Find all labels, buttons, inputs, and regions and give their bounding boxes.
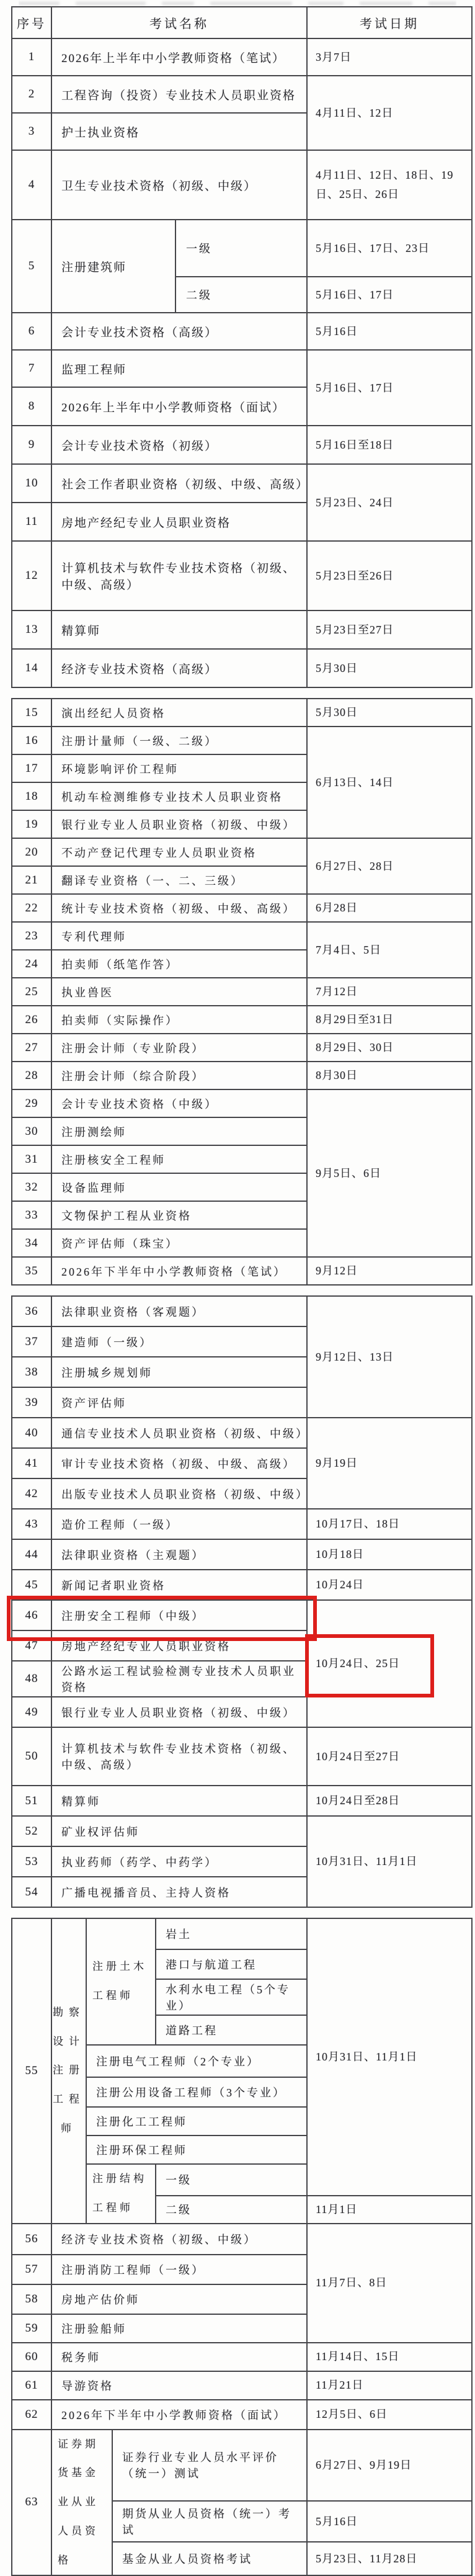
table-header-row: 序号 考试名称 考试日期 [12, 7, 472, 38]
table-row: 40 通信专业技术人员职业资格（初级、中级） 9月19日 [12, 1418, 472, 1448]
row-44-name: 法律职业资格（主观题） [51, 1539, 307, 1570]
row-23-name: 专利代理师 [51, 922, 307, 950]
exam-table-4: 55 勘察设计注册工程师 注册土木工程师 岩土 10月31日、11月1日 港口与… [11, 1918, 473, 2430]
row-48-name: 公路水运工程试验检测专业技术人员职业资格 [51, 1661, 307, 1697]
table-row: 9 会计专业技术资格（初级） 5月16日至18日 [12, 426, 472, 464]
table-row: 45 新闻记者职业资格 10月24日 [12, 1570, 472, 1600]
row-43-seq: 43 [12, 1509, 51, 1539]
row-30-seq: 30 [12, 1117, 51, 1145]
row-32-seq: 32 [12, 1173, 51, 1201]
row-25-date: 7月12日 [307, 978, 472, 1006]
row-12-name: 计算机技术与软件专业技术资格（初级、中级、高级） [51, 541, 307, 610]
row-35-date: 9月12日 [307, 1257, 472, 1285]
header-name: 考试名称 [51, 7, 307, 38]
date-46-49: 10月24日、25日 [307, 1600, 472, 1727]
row-30-name: 注册测绘师 [51, 1117, 307, 1145]
table-row: 7 监理工程师 5月16日、17日 [12, 350, 472, 387]
row-7-seq: 7 [12, 350, 51, 387]
row-58-seq: 58 [12, 2284, 51, 2314]
table-row: 35 2026年下半年中小学教师资格（笔试） 9月12日 [12, 1257, 472, 1285]
row-32-name: 设备监理师 [51, 1173, 307, 1201]
table-row: 29 会计专业技术资格（中级） 9月5日、6日 [12, 1089, 472, 1117]
row-14-name: 经济专业技术资格（高级） [51, 649, 307, 687]
row-11-name: 房地产经纪专业人员职业资格 [51, 503, 307, 541]
row-47-seq: 47 [12, 1630, 51, 1661]
row-59-seq: 59 [12, 2314, 51, 2343]
date-10-11: 5月23日、24日 [307, 464, 472, 541]
row-33-seq: 33 [12, 1201, 51, 1229]
row-45-name: 新闻记者职业资格 [51, 1570, 307, 1600]
row-50-name: 计算机技术与软件专业技术资格（初级、中级、高级） [51, 1727, 307, 1786]
row-14-date: 5月30日 [307, 649, 472, 687]
row-62-name: 2026年下半年中小学教师资格（面试） [51, 2400, 307, 2430]
row-57-name: 注册消防工程师（一级） [51, 2255, 307, 2284]
row-27-date: 8月29日、30日 [307, 1034, 472, 1062]
row-35-name: 2026年下半年中小学教师资格（笔试） [51, 1257, 307, 1285]
row-13-date: 5月23日至27日 [307, 610, 472, 649]
row-20-seq: 20 [12, 838, 51, 866]
row-40-name: 通信专业技术人员职业资格（初级、中级） [51, 1418, 307, 1448]
row-56-name: 经济专业技术资格（初级、中级） [51, 2224, 307, 2255]
exam-table-1: 序号 考试名称 考试日期 1 2026年上半年中小学教师资格（笔试） 3月7日 … [11, 6, 473, 688]
futures-exam-date: 5月16日 [307, 2501, 472, 2542]
civil-specialty-2: 港口与航道工程 [156, 1949, 307, 1979]
row-18-name: 机动车检测维修专业技术人员职业资格 [51, 782, 307, 810]
row-6-seq: 6 [12, 313, 51, 350]
table-row: 14 经济专业技术资格（高级） 5月30日 [12, 649, 472, 687]
fund-exam-name: 基金从业人员资格考试 [112, 2542, 307, 2575]
table-row: 63 证券期货基金业从业人员资格 证券行业专业人员水平评价（统一）测试 6月27… [12, 2430, 472, 2502]
row-13-name: 精算师 [51, 610, 307, 649]
row-39-seq: 39 [12, 1387, 51, 1418]
row-43-date: 10月17日、18日 [307, 1509, 472, 1539]
date-29-34: 9月5日、6日 [307, 1089, 472, 1257]
row-51-name: 精算师 [51, 1786, 307, 1816]
header-seq: 序号 [12, 7, 51, 38]
row-26-name: 拍卖师（实际操作） [51, 1006, 307, 1034]
row-28-name: 注册会计师（综合阶段） [51, 1062, 307, 1089]
date-2-3: 4月11日、12日 [307, 76, 472, 150]
table-row: 22 统计专业技术资格（初级、中级、高级） 6月28日 [12, 894, 472, 922]
table-row: 36 法律职业资格（客观题） 9月12日、13日 [12, 1296, 472, 1326]
chemical-engineer: 注册化工工程师 [86, 2107, 307, 2135]
row-44-date: 10月18日 [307, 1539, 472, 1570]
table-row: 62 2026年下半年中小学教师资格（面试） 12月5日、6日 [12, 2400, 472, 2430]
header-date: 考试日期 [307, 7, 472, 38]
row-5-name: 注册建筑师 [51, 220, 175, 313]
row-17-seq: 17 [12, 754, 51, 782]
table-row: 27 注册会计师（专业阶段） 8月29日、30日 [12, 1034, 472, 1062]
table-row: 52 矿业权评估师 10月31日、11月1日 [12, 1816, 472, 1846]
row-60-seq: 60 [12, 2343, 51, 2371]
date-7-8: 5月16日、17日 [307, 350, 472, 426]
row-47-name: 房地产经纪专业人员职业资格 [51, 1630, 307, 1661]
row-63-seq: 63 [12, 2430, 51, 2576]
table-row: 13 精算师 5月23日至27日 [12, 610, 472, 649]
row-41-name: 审计专业技术资格（初级、中级、高级） [51, 1448, 307, 1478]
row-29-seq: 29 [12, 1089, 51, 1117]
structural-engineer-label: 注册结构工程师 [86, 2164, 156, 2224]
row-29-name: 会计专业技术资格（中级） [51, 1089, 307, 1117]
row-19-seq: 19 [12, 810, 51, 838]
date-structural-level-2: 11月1日 [307, 2196, 472, 2224]
exam-table-5: 63 证券期货基金业从业人员资格 证券行业专业人员水平评价（统一）测试 6月27… [11, 2429, 473, 2576]
row-26-date: 8月29日至31日 [307, 1006, 472, 1034]
row-25-name: 执业兽医 [51, 978, 307, 1006]
row-46-seq: 46 [12, 1600, 51, 1630]
row-52-name: 矿业权评估师 [51, 1816, 307, 1846]
table-row: 1 2026年上半年中小学教师资格（笔试） 3月7日 [12, 38, 472, 76]
table-row: 26 拍卖师（实际操作） 8月29日至31日 [12, 1006, 472, 1034]
table-row: 4 卫生专业技术资格（初级、中级） 4月11日、12日、18日、19日、25日、… [12, 150, 472, 220]
exam-table-2: 15 演出经纪人员资格 5月30日 16 注册计量师（一级、二级） 6月13日、… [11, 698, 473, 1286]
row-24-name: 拍卖师（纸笔作答） [51, 950, 307, 978]
table-row: 16 注册计量师（一级、二级） 6月13日、14日 [12, 727, 472, 754]
structural-level-1: 一级 [156, 2164, 307, 2196]
row-1-date: 3月7日 [307, 38, 472, 76]
row-53-name: 执业药师（药学、中药学） [51, 1846, 307, 1877]
civil-specialty-3: 水利水电工程（5个专业） [156, 1979, 307, 2015]
table-row: 55 勘察设计注册工程师 注册土木工程师 岩土 10月31日、11月1日 [12, 1918, 472, 1949]
row-43-name: 造价工程师（一级） [51, 1509, 307, 1539]
row-28-seq: 28 [12, 1062, 51, 1089]
row-60-date: 11月14日、15日 [307, 2343, 472, 2371]
row-27-name: 注册会计师（专业阶段） [51, 1034, 307, 1062]
row-2-name: 工程咨询（投资）专业技术人员职业资格 [51, 76, 307, 113]
date-55-main: 10月31日、11月1日 [307, 1918, 472, 2196]
row-37-seq: 37 [12, 1326, 51, 1357]
civil-specialty-4: 道路工程 [156, 2015, 307, 2045]
table-row: 20 不动产登记代理专业人员职业资格 6月27日、28日 [12, 838, 472, 866]
row-55-group-label: 勘察设计注册工程师 [51, 1918, 86, 2224]
environmental-engineer: 注册环保工程师 [86, 2135, 307, 2164]
row-51-seq: 51 [12, 1786, 51, 1816]
table-row: 12 计算机技术与软件专业技术资格（初级、中级、高级） 5月23日至26日 [12, 541, 472, 610]
row-53-seq: 53 [12, 1846, 51, 1877]
row-35-seq: 35 [12, 1257, 51, 1285]
row-2-seq: 2 [12, 76, 51, 113]
row-26-seq: 26 [12, 1006, 51, 1034]
row-40-seq: 40 [12, 1418, 51, 1448]
date-16-19: 6月13日、14日 [307, 727, 472, 838]
row-17-name: 环境影响评价工程师 [51, 754, 307, 782]
row-20-name: 不动产登记代理专业人员职业资格 [51, 838, 307, 866]
row-9-date: 5月16日至18日 [307, 426, 472, 464]
row-4-seq: 4 [12, 150, 51, 220]
row-25-seq: 25 [12, 978, 51, 1006]
row-46-name: 注册安全工程师（中级） [51, 1600, 307, 1630]
row-10-seq: 10 [12, 464, 51, 503]
row-12-date: 5月23日至26日 [307, 541, 472, 610]
row-1-name: 2026年上半年中小学教师资格（笔试） [51, 38, 307, 76]
table-row: 15 演出经纪人员资格 5月30日 [12, 699, 472, 727]
securities-test-name: 证券行业专业人员水平评价（统一）测试 [112, 2430, 307, 2502]
date-23-24: 7月4日、5日 [307, 922, 472, 978]
public-equipment-engineer: 注册公用设备工程师（3个专业） [86, 2077, 307, 2107]
row-45-date: 10月24日 [307, 1570, 472, 1600]
table-row: 61 导游资格 11月21日 [12, 2371, 472, 2400]
row-5-level-2: 二级 [175, 277, 307, 313]
table-row: 56 经济专业技术资格（初级、中级） 11月7日、8日 [12, 2224, 472, 2255]
date-56-59: 11月7日、8日 [307, 2224, 472, 2343]
row-11-seq: 11 [12, 503, 51, 541]
row-31-seq: 31 [12, 1145, 51, 1173]
row-36-name: 法律职业资格（客观题） [51, 1296, 307, 1326]
row-62-date: 12月5日、6日 [307, 2400, 472, 2430]
row-9-seq: 9 [12, 426, 51, 464]
table-row: 51 精算师 10月24日至28日 [12, 1786, 472, 1816]
row-8-name: 2026年上半年中小学教师资格（面试） [51, 387, 307, 426]
table-row: 28 注册会计师（综合阶段） 8月30日 [12, 1062, 472, 1089]
row-41-seq: 41 [12, 1448, 51, 1478]
table-row: 2 工程咨询（投资）专业技术人员职业资格 4月11日、12日 [12, 76, 472, 113]
row-34-seq: 34 [12, 1229, 51, 1257]
row-19-name: 银行业专业人员职业资格（初级、中级） [51, 810, 307, 838]
electrical-engineer: 注册电气工程师（2个专业） [86, 2045, 307, 2077]
row-16-name: 注册计量师（一级、二级） [51, 727, 307, 754]
row-23-seq: 23 [12, 922, 51, 950]
row-52-seq: 52 [12, 1816, 51, 1846]
row-56-seq: 56 [12, 2224, 51, 2255]
table-row: 23 专利代理师 7月4日、5日 [12, 922, 472, 950]
row-28-date: 8月30日 [307, 1062, 472, 1089]
row-63-group-label: 证券期货基金业从业人员资格 [51, 2430, 112, 2576]
row-15-date: 5月30日 [307, 699, 472, 727]
row-60-name: 税务师 [51, 2343, 307, 2371]
row-45-seq: 45 [12, 1570, 51, 1600]
row-57-seq: 57 [12, 2255, 51, 2284]
row-38-name: 注册城乡规划师 [51, 1357, 307, 1387]
row-1-seq: 1 [12, 38, 51, 76]
row-49-name: 银行业专业人员职业资格（初级、中级） [51, 1697, 307, 1727]
row-33-name: 文物保护工程从业资格 [51, 1201, 307, 1229]
structural-level-2: 二级 [156, 2196, 307, 2224]
row-13-seq: 13 [12, 610, 51, 649]
row-37-name: 建造师（一级） [51, 1326, 307, 1357]
row-42-seq: 42 [12, 1478, 51, 1509]
table-row: 50 计算机技术与软件专业技术资格（初级、中级、高级） 10月24日至27日 [12, 1727, 472, 1786]
row-15-seq: 15 [12, 699, 51, 727]
row-61-name: 导游资格 [51, 2371, 307, 2400]
row-21-name: 翻译专业资格（一、二、三级） [51, 866, 307, 894]
row-50-date: 10月24日至27日 [307, 1727, 472, 1786]
row-22-date: 6月28日 [307, 894, 472, 922]
row-34-name: 资产评估师（珠宝） [51, 1229, 307, 1257]
scan-artifact [19, 0, 456, 6]
row-59-name: 注册验船师 [51, 2314, 307, 2343]
row-6-date: 5月16日 [307, 313, 472, 350]
table-row: 43 造价工程师（一级） 10月17日、18日 [12, 1509, 472, 1539]
row-61-date: 11月21日 [307, 2371, 472, 2400]
table-row: 10 社会工作者职业资格（初级、中级、高级） 5月23日、24日 [12, 464, 472, 503]
table-row: 5 注册建筑师 一级 5月16日、17日、23日 [12, 220, 472, 277]
row-36-seq: 36 [12, 1296, 51, 1326]
row-49-seq: 49 [12, 1697, 51, 1727]
row-6-name: 会计专业技术资格（高级） [51, 313, 307, 350]
row-4-name: 卫生专业技术资格（初级、中级） [51, 150, 307, 220]
table-row: 60 税务师 11月14日、15日 [12, 2343, 472, 2371]
fund-exam-date: 5月23日、11月28日 [307, 2542, 472, 2575]
row-18-seq: 18 [12, 782, 51, 810]
table-row: 6 会计专业技术资格（高级） 5月16日 [12, 313, 472, 350]
row-54-name: 广播电视播音员、主持人资格 [51, 1877, 307, 1907]
futures-exam-name: 期货从业人员资格（统一）考试 [112, 2501, 307, 2542]
row-54-seq: 54 [12, 1877, 51, 1907]
row-50-seq: 50 [12, 1727, 51, 1786]
row-14-seq: 14 [12, 649, 51, 687]
row-22-name: 统计专业技术资格（初级、中级、高级） [51, 894, 307, 922]
row-10-name: 社会工作者职业资格（初级、中级、高级） [51, 464, 307, 503]
row-44-seq: 44 [12, 1539, 51, 1570]
row-31-name: 注册核安全工程师 [51, 1145, 307, 1173]
row-4-date: 4月11日、12日、18日、19日、25日、26日 [307, 150, 472, 220]
row-5-level-1-date: 5月16日、17日、23日 [307, 220, 472, 277]
row-15-name: 演出经纪人员资格 [51, 699, 307, 727]
row-7-name: 监理工程师 [51, 350, 307, 387]
row-55-seq: 55 [12, 1918, 51, 2224]
securities-test-date: 6月27日、9月19日 [307, 2430, 472, 2502]
row-12-seq: 12 [12, 541, 51, 610]
row-9-name: 会计专业技术资格（初级） [51, 426, 307, 464]
exam-table-3: 36 法律职业资格（客观题） 9月12日、13日 37 建造师（一级） 38 注… [11, 1295, 473, 1908]
row-8-seq: 8 [12, 387, 51, 426]
row-16-seq: 16 [12, 727, 51, 754]
row-5-seq: 5 [12, 220, 51, 313]
date-40-42: 9月19日 [307, 1418, 472, 1509]
date-52-54: 10月31日、11月1日 [307, 1816, 472, 1907]
row-3-seq: 3 [12, 113, 51, 150]
table-row: 25 执业兽医 7月12日 [12, 978, 472, 1006]
row-39-name: 资产评估师 [51, 1387, 307, 1418]
row-58-name: 房地产估价师 [51, 2284, 307, 2314]
row-27-seq: 27 [12, 1034, 51, 1062]
civil-engineer-label: 注册土木工程师 [86, 1918, 156, 2045]
row-5-level-1: 一级 [175, 220, 307, 277]
row-21-seq: 21 [12, 866, 51, 894]
civil-specialty-1: 岩土 [156, 1918, 307, 1949]
row-3-name: 护士执业资格 [51, 113, 307, 150]
row-38-seq: 38 [12, 1357, 51, 1387]
row-48-seq: 48 [12, 1661, 51, 1697]
row-22-seq: 22 [12, 894, 51, 922]
row-5-level-2-date: 5月16日、17日 [307, 277, 472, 313]
row-24-seq: 24 [12, 950, 51, 978]
row-61-seq: 61 [12, 2371, 51, 2400]
row-62-seq: 62 [12, 2400, 51, 2430]
row-51-date: 10月24日至28日 [307, 1786, 472, 1816]
date-20-21: 6月27日、28日 [307, 838, 472, 894]
table-row-highlighted: 46 注册安全工程师（中级） 10月24日、25日 [12, 1600, 472, 1630]
row-42-name: 出版专业技术人员职业资格（初级、中级） [51, 1478, 307, 1509]
date-36-39: 9月12日、13日 [307, 1296, 472, 1418]
table-row: 44 法律职业资格（主观题） 10月18日 [12, 1539, 472, 1570]
